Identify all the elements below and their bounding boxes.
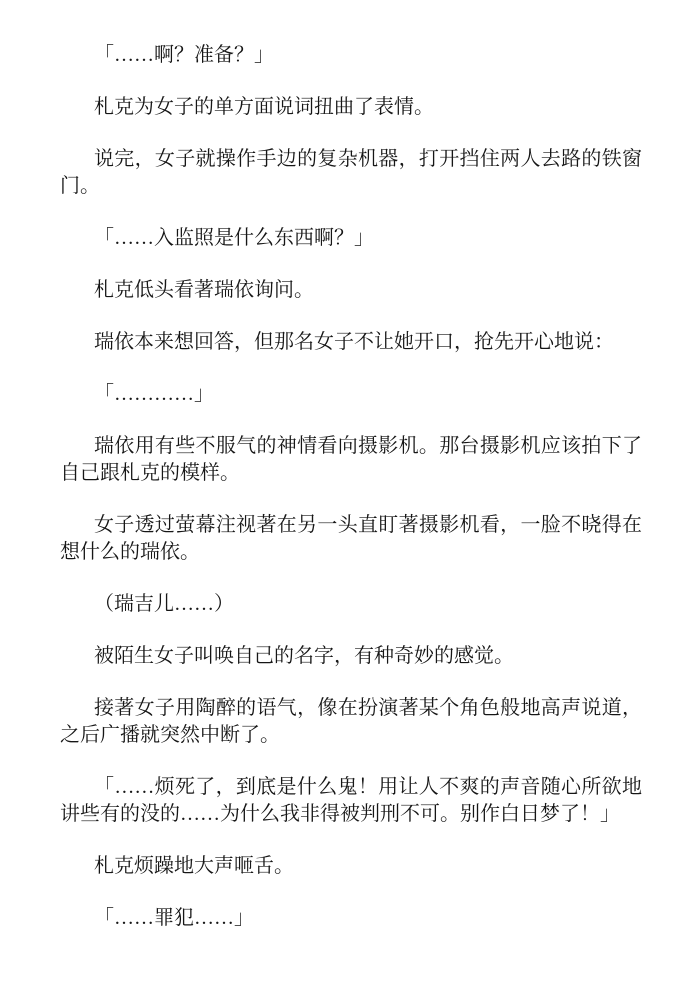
paragraph: 「……入监照是什么东西啊？」 xyxy=(60,225,642,252)
paragraph: 札克为女子的单方面说词扭曲了表情。 xyxy=(60,94,642,121)
paragraph: 瑞依用有些不服气的神情看向摄影机。那台摄影机应该拍下了自己跟札克的模样。 xyxy=(60,433,642,487)
paragraph: 札克烦躁地大声咂舌。 xyxy=(60,853,642,880)
paragraph: 「…………」 xyxy=(60,381,642,408)
paragraph: 「……啊？准备？」 xyxy=(60,42,642,69)
document-page: 「……啊？准备？」 札克为女子的单方面说词扭曲了表情。 说完，女子就操作手边的复… xyxy=(0,0,700,992)
paragraph: 被陌生女子叫唤自己的名字，有种奇妙的感觉。 xyxy=(60,643,642,670)
paragraph: 瑞依本来想回答，但那名女子不让她开口，抢先开心地说： xyxy=(60,329,642,356)
paragraph: 札克低头看著瑞依询问。 xyxy=(60,277,642,304)
paragraph: 接著女子用陶醉的语气，像在扮演著某个角色般地高声说道，之后广播就突然中断了。 xyxy=(60,695,642,749)
paragraph: 女子透过萤幕注视著在另一头直盯著摄影机看，一脸不晓得在想什么的瑞依。 xyxy=(60,512,642,566)
paragraph: 「……烦死了，到底是什么鬼！用让人不爽的声音随心所欲地讲些有的没的……为什么我非… xyxy=(60,774,642,828)
paragraph: 「……罪犯……」 xyxy=(60,905,642,932)
paragraph: （瑞吉儿……） xyxy=(60,591,642,618)
paragraph: 说完，女子就操作手边的复杂机器，打开挡住两人去路的铁窗门。 xyxy=(60,146,642,200)
